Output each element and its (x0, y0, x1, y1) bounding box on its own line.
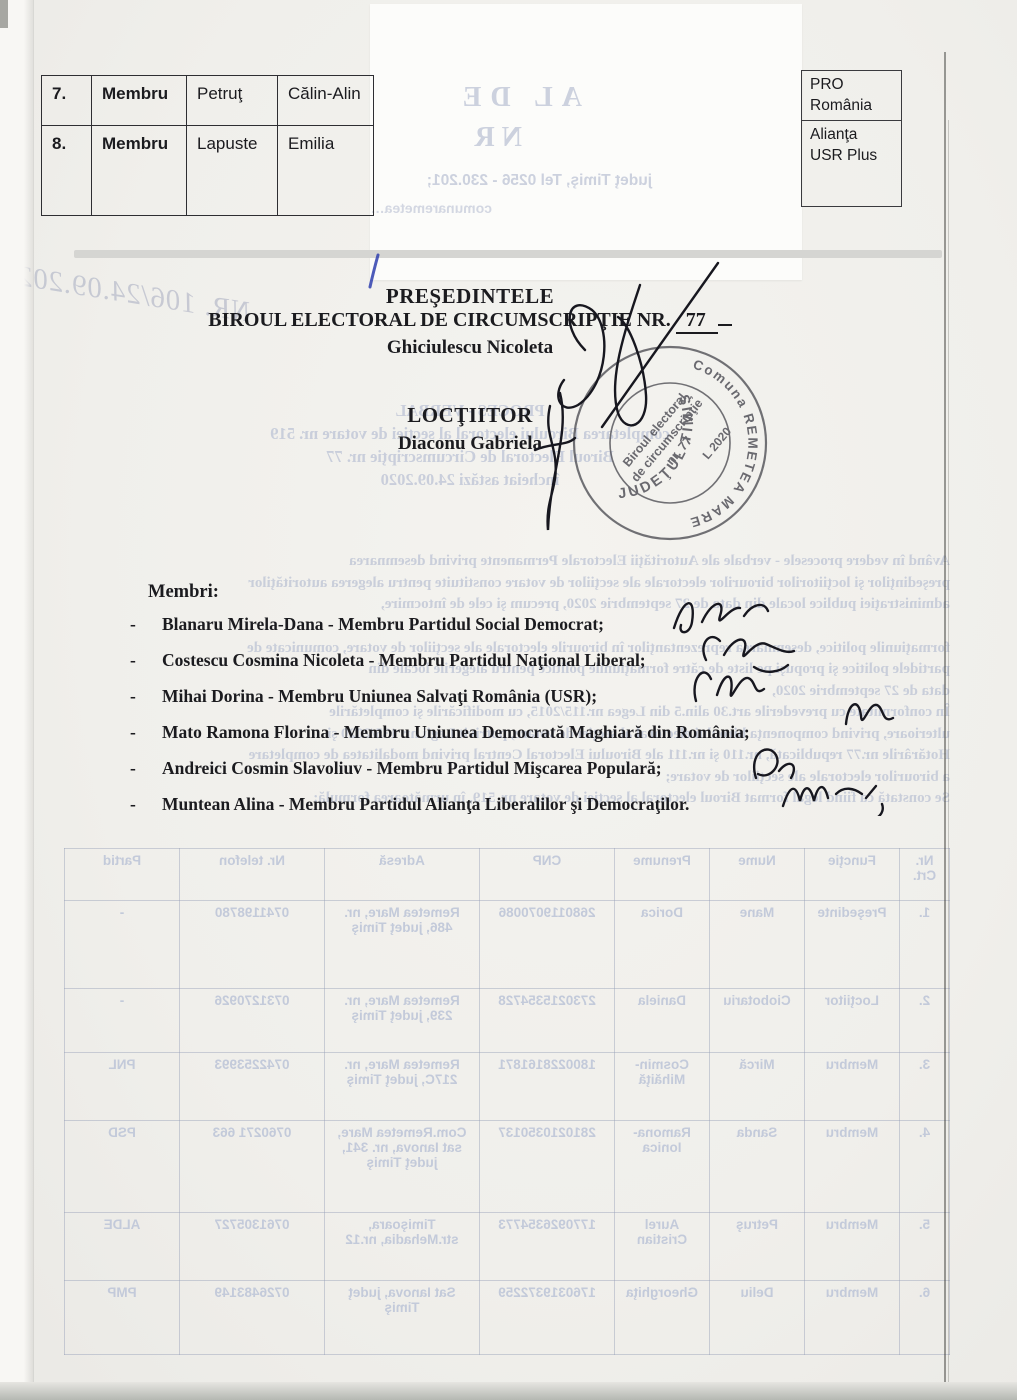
table-cell: PSD (65, 1121, 180, 1213)
table-row: 8.MembruLapusteEmilia (42, 126, 374, 216)
back-page-table: Nr. Crt.FuncţieNumePrenumeCNPAdresăNr. t… (64, 848, 950, 1355)
table-cell: Petruţ (187, 76, 278, 126)
member-text: Mato Ramona Florina - Membru Uniunea Dem… (162, 722, 750, 743)
party-cell: PRO România (801, 70, 902, 120)
member-text: Costescu Cosmina Nicoleta - Membru Parti… (162, 650, 646, 671)
members-list: -Blanaru Mirela-Dana - Membru Partidul S… (108, 614, 938, 830)
bullet-dash: - (108, 614, 162, 635)
table-header-cell: Nr. telefon (180, 849, 325, 901)
table-cell: Membru (92, 76, 187, 126)
bullet-dash: - (108, 650, 162, 671)
table-cell: Remetea Mare, nr. 217C, judeţ Timiş (325, 1053, 480, 1121)
table-cell: Locţiitor (805, 989, 900, 1053)
scan-corner-artifact (0, 0, 8, 28)
bullet-dash: - (108, 794, 162, 815)
table-cell: Membru (805, 1213, 900, 1281)
table-cell: Sanda (710, 1121, 805, 1213)
scan-left-margin (0, 0, 34, 1400)
bleed-paragraph-line: Având în vedere procesele - verbale ale … (58, 551, 950, 573)
table-cell: Călin-Alin (278, 76, 374, 126)
table-cell: 3. (900, 1053, 950, 1121)
scan-bottom-shadow (0, 1382, 1017, 1400)
member-line: -Blanaru Mirela-Dana - Membru Partidul S… (108, 614, 938, 650)
scan-page-edge (944, 52, 946, 1400)
members-section: Membri: -Blanaru Mirela-Dana - Membru Pa… (108, 582, 938, 830)
document-scan: NR. 106/24.09.2020 PROCES - VERBALcomple… (0, 0, 1017, 1400)
table-header-row: Nr. Crt.FuncţieNumePrenumeCNPAdresăNr. t… (65, 849, 950, 901)
table-cell: 1760319372259 (480, 1281, 615, 1355)
member-text: Mihai Dorina - Membru Uniunea Salvaţi Ro… (162, 686, 597, 707)
table-cell: Aurel Cristian (615, 1213, 710, 1281)
table-cell: Com.Remetea Mare, sat Ianova, nr. 341, j… (325, 1121, 480, 1213)
table-row: 7.MembruPetruţCălin-Alin (42, 76, 374, 126)
table-cell: Membru (805, 1121, 900, 1213)
table-cell: ALDE (65, 1213, 180, 1281)
table-cell: Sat Ianova, judeţ Timiş (325, 1281, 480, 1355)
table-cell: Deliu (710, 1281, 805, 1355)
table-cell: Membru (92, 126, 187, 216)
table-cell: Emilia (278, 126, 374, 216)
table-cell: - (65, 901, 180, 989)
table-cell: 0761305727 (180, 1213, 325, 1281)
table-cell: Timişoara, str.Mehadia, nr.12 (325, 1213, 480, 1281)
table-cell: 1. (900, 901, 950, 989)
member-line: -Muntean Alina - Membru Partidul Alianţa… (108, 794, 938, 830)
bleed-header-fragment: NR (452, 122, 522, 154)
member-line: -Andreici Cosmin Slavoliuv - Membru Part… (108, 758, 938, 794)
member-line: -Costescu Cosmina Nicoleta - Membru Part… (108, 650, 938, 686)
table-cell: 7. (42, 76, 92, 126)
deputy-signature (515, 388, 595, 538)
member-text: Muntean Alina - Membru Partidul Alianţa … (162, 794, 689, 815)
table-row: 2.LocţiitorCiobotariuDaniela273021535472… (65, 989, 950, 1053)
table-row: 5.MembruPetruşAurel Cristian177092635477… (65, 1213, 950, 1281)
table-cell: Membru (805, 1053, 900, 1121)
table-cell: Daniela (615, 989, 710, 1053)
bullet-dash: - (108, 758, 162, 779)
table-cell: Ciobotariu (710, 989, 805, 1053)
table-cell: 1800228161871 (480, 1053, 615, 1121)
table-cell: Dorica (615, 901, 710, 989)
party-column: PRO RomâniaAlianţa USR Plus (801, 70, 902, 207)
table-header-cell: CNP (480, 849, 615, 901)
table-header-cell: Nume (710, 849, 805, 901)
table-cell: PMP (65, 1281, 180, 1355)
table-cell: Preşedinte (805, 901, 900, 989)
table-cell: 2730215354728 (480, 989, 615, 1053)
table-cell: 0731270926 (180, 989, 325, 1053)
table-header-cell: Partid (65, 849, 180, 901)
table-row: 6.MembruDeliuGheorghiţa1760319372259Sat … (65, 1281, 950, 1355)
table-cell: 1770926354773 (480, 1213, 615, 1281)
member-text: Andreici Cosmin Slavoliuv - Membru Parti… (162, 758, 662, 779)
table-cell: 0726483149 (180, 1281, 325, 1355)
table-row: 3.MembruMircăCosmin-Mihăiţă1800228161871… (65, 1053, 950, 1121)
party-cell: Alianţa USR Plus (801, 120, 902, 207)
bleed-header-fragment: AL DE (452, 82, 582, 114)
table-row: 4.MembruSandaRamona-Ionica2810210350137C… (65, 1121, 950, 1213)
table-row: 1.PreşedinteManeDorica2680119070086Remet… (65, 901, 950, 989)
table-cell: 0742253993 (180, 1053, 325, 1121)
table-cell: 2680119070086 (480, 901, 615, 989)
committee-table: 7.MembruPetruţCălin-Alin8.MembruLapusteE… (41, 75, 374, 216)
white-paper-slip (370, 4, 802, 280)
bleed-table: Nr. Crt.FuncţieNumePrenumeCNPAdresăNr. t… (65, 848, 950, 1355)
member-line: -Mato Ramona Florina - Membru Uniunea De… (108, 722, 938, 758)
table-cell: Cosmin-Mihăiţă (615, 1053, 710, 1121)
table-cell: Mane (710, 901, 805, 989)
table-cell: - (65, 989, 180, 1053)
table-cell: Lapuste (187, 126, 278, 216)
members-heading: Membri: (148, 582, 938, 603)
member-line: -Mihai Dorina - Membru Uniunea Salvaţi R… (108, 686, 938, 722)
table-cell: Gheorghiţa (615, 1281, 710, 1355)
table-cell: Petruş (710, 1213, 805, 1281)
table-cell: 5. (900, 1213, 950, 1281)
table-cell: 6. (900, 1281, 950, 1355)
bullet-dash: - (108, 722, 162, 743)
table-cell: Remetea Mare, nr. 486, judeţ Timiş (325, 901, 480, 989)
table-cell: 2810210350137 (480, 1121, 615, 1213)
table-cell: Mircă (710, 1053, 805, 1121)
scan-page-edge (948, 120, 949, 1400)
bullet-dash: - (108, 686, 162, 707)
table-cell: 4. (900, 1121, 950, 1213)
table-cell: Ramona-Ionica (615, 1121, 710, 1213)
table-cell: Remetea Mare, nr. 239, judeţ Timiş (325, 989, 480, 1053)
member-text: Blanaru Mirela-Dana - Membru Partidul So… (162, 614, 604, 635)
table-header-cell: Adresă (325, 849, 480, 901)
table-cell: 2. (900, 989, 950, 1053)
table-cell: PNL (65, 1053, 180, 1121)
table-header-cell: Nr. Crt. (900, 849, 950, 901)
table-cell: Membru (805, 1281, 900, 1355)
table-cell: 8. (42, 126, 92, 216)
table-header-cell: Prenume (615, 849, 710, 901)
table-cell: 0741198780 (180, 901, 325, 989)
table-header-cell: Funcţie (805, 849, 900, 901)
table-cell: 0760271 663 (180, 1121, 325, 1213)
